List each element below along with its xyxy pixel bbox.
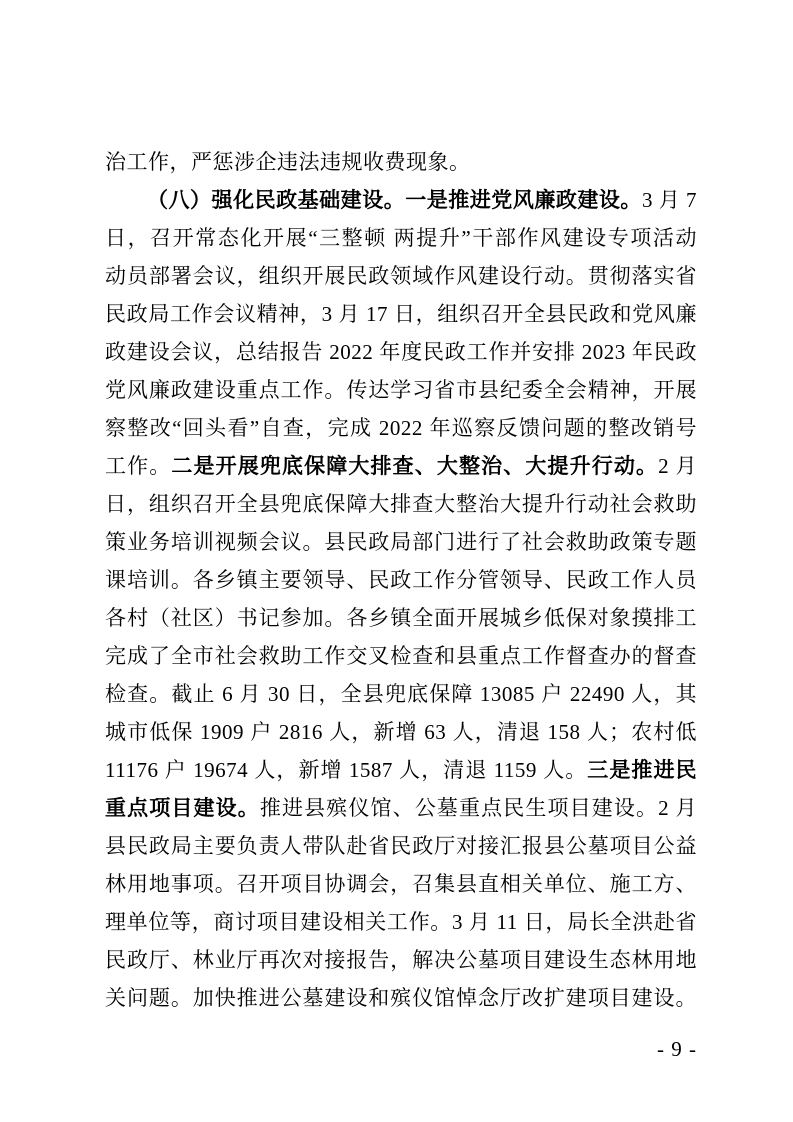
text-run: 关问题。加快推进公墓建设和殡仪馆悼念厅改扩建项目建设。为: [105, 986, 697, 1017]
text-line: 政建设会议，总结报告 2022 年度民政工作并安排 2023 年民政及: [105, 333, 697, 371]
text-line: 林用地事项。召开项目协调会，召集县直相关单位、施工方、监: [105, 865, 697, 903]
text-line: 日，召开常态化开展“三整顿 两提升”干部作风建设专项活动: [105, 219, 697, 257]
document-body: 治工作，严惩涉企违法违规收费现象。（八）强化民政基础建设。一是推进党风廉政建设。…: [105, 143, 697, 1017]
text-run: 治工作，严惩涉企违法违规收费现象。: [105, 150, 471, 174]
text-line: 策业务培训视频会议。县民政局部门进行了社会救助政策专题授: [105, 523, 697, 561]
text-line: 工作。二是开展兜底保障大排查、大整治、大提升行动。2 月 22: [105, 447, 697, 485]
bold-text-run: （八）强化民政基础建设。一是推进党风廉政建设。: [147, 188, 642, 212]
text-line: 党风廉政建设重点工作。传达学习省市县纪委全会精神，开展巡: [105, 371, 697, 409]
text-line: 关问题。加快推进公墓建设和殡仪馆悼念厅改扩建项目建设。为: [105, 979, 697, 1017]
text-line: 课培训。各乡镇主要领导、民政工作分管领导、民政工作人员及: [105, 561, 697, 599]
text-line: 11176 户 19674 人，新增 1587 人，清退 1159 人。三是推进…: [105, 751, 697, 789]
text-run: 民政局工作会议精神，3 月 17 日，组织召开全县民政和党风廉: [105, 302, 697, 326]
text-run: 3 月 7: [642, 188, 697, 212]
text-run: 日，组织召开全县兜底保障大排查大整治大提升行动社会救助政: [105, 492, 697, 523]
text-line: 察整改“回头看”自查，完成 2022 年巡察反馈问题的整改销号: [105, 409, 697, 447]
bold-text-run: 重点项目建设。: [105, 796, 260, 820]
text-line: 检查。截止 6 月 30 日，全县兜底保障 13085 户 22490 人，其中: [105, 675, 697, 713]
text-run: 理单位等，商讨项目建设相关工作。3 月 11 日，局长全洪赴省: [105, 910, 697, 934]
text-run: 11176 户 19674 人，新增 1587 人，清退 1159 人。: [105, 758, 587, 782]
text-line: 重点项目建设。推进县殡仪馆、公墓重点民生项目建设。2 月底，: [105, 789, 697, 827]
text-run: 完成了全市社会救助工作交叉检查和县重点工作督查办的督查: [105, 644, 697, 668]
page-number: - 9 -: [657, 1036, 697, 1062]
text-line: 各村（社区）书记参加。各乡镇全面开展城乡低保对象摸排工作。: [105, 599, 697, 637]
text-run: 党风廉政建设重点工作。传达学习省市县纪委全会精神，开展巡: [105, 378, 697, 409]
text-line: 理单位等，商讨项目建设相关工作。3 月 11 日，局长全洪赴省: [105, 903, 697, 941]
text-run: 城市低保 1909 户 2816 人，新增 63 人，清退 158 人；农村低保: [105, 720, 697, 751]
text-run: 检查。截止 6 月 30 日，全县兜底保障 13085 户 22490 人，其中: [105, 682, 697, 713]
text-run: 察整改“回头看”自查，完成 2022 年巡察反馈问题的整改销号: [105, 416, 697, 440]
text-run: 工作。: [105, 454, 171, 478]
text-line: 民政厅、林业厅再次对接报告，解决公墓项目建设生态林用地相: [105, 941, 697, 979]
text-line: 动员部署会议，组织开展民政领域作风建设行动。贯彻落实省市: [105, 257, 697, 295]
bold-text-run: 二是开展兜底保障大排查、大整治、大提升行动。: [171, 454, 658, 478]
text-run: 课培训。各乡镇主要领导、民政工作分管领导、民政工作人员及: [105, 568, 697, 599]
text-line: （八）强化民政基础建设。一是推进党风廉政建设。3 月 7: [105, 181, 697, 219]
text-run: 各村（社区）书记参加。各乡镇全面开展城乡低保对象摸排工作。: [105, 606, 697, 637]
document-page: 治工作，严惩涉企违法违规收费现象。（八）强化民政基础建设。一是推进党风廉政建设。…: [0, 0, 793, 1122]
text-run: 日，召开常态化开展“三整顿 两提升”干部作风建设专项活动: [105, 226, 697, 250]
text-run: 民政厅、林业厅再次对接报告，解决公墓项目建设生态林用地相: [105, 948, 697, 979]
text-line: 民政局工作会议精神，3 月 17 日，组织召开全县民政和党风廉: [105, 295, 697, 333]
text-run: 县民政局主要负责人带队赴省民政厅对接汇报县公墓项目公益: [105, 834, 697, 858]
text-run: 政建设会议，总结报告 2022 年度民政工作并安排 2023 年民政及: [105, 340, 697, 371]
text-run: 林用地事项。召开项目协调会，召集县直相关单位、施工方、监: [105, 872, 697, 903]
text-run: 动员部署会议，组织开展民政领域作风建设行动。贯彻落实省市: [105, 264, 697, 295]
text-line: 城市低保 1909 户 2816 人，新增 63 人，清退 158 人；农村低保: [105, 713, 697, 751]
text-run: 策业务培训视频会议。县民政局部门进行了社会救助政策专题授: [105, 530, 697, 561]
text-line: 治工作，严惩涉企违法违规收费现象。: [105, 143, 697, 181]
text-line: 日，组织召开全县兜底保障大排查大整治大提升行动社会救助政: [105, 485, 697, 523]
text-line: 县民政局主要负责人带队赴省民政厅对接汇报县公墓项目公益: [105, 827, 697, 865]
text-line: 完成了全市社会救助工作交叉检查和县重点工作督查办的督查: [105, 637, 697, 675]
